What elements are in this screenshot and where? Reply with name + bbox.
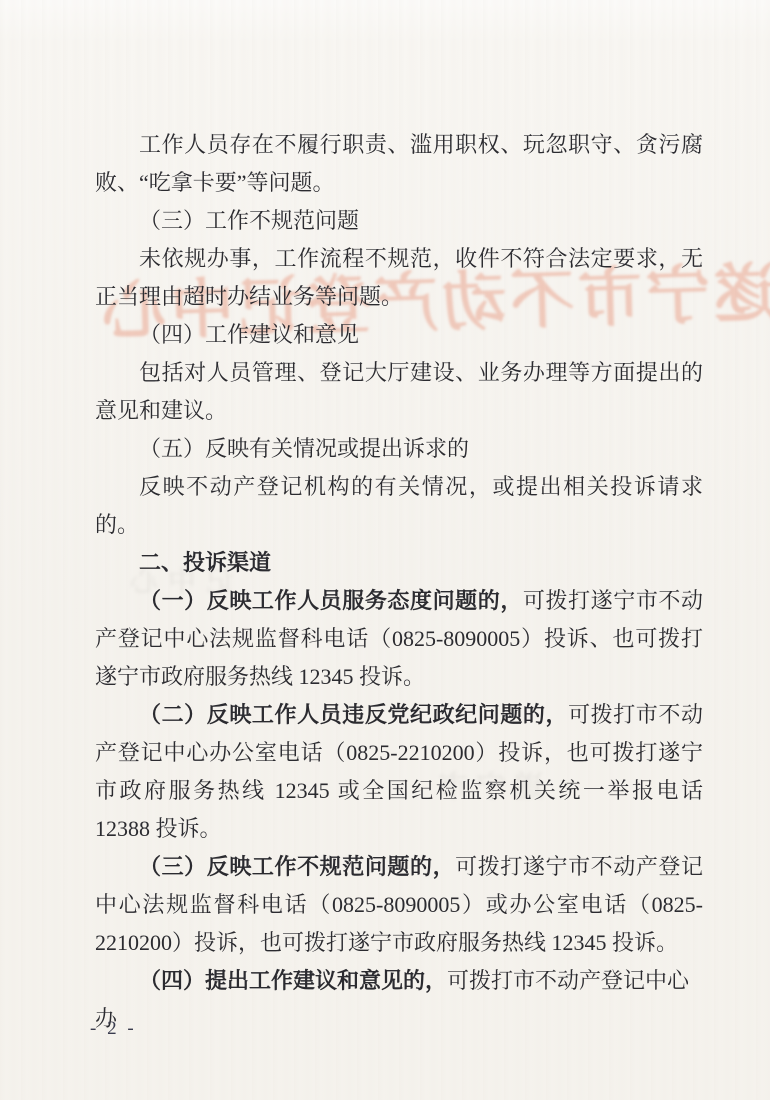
paragraph: 包括对人员管理、登记大厅建设、业务办理等方面提出的意见和建议。 [95,354,703,430]
section-heading: 二、投诉渠道 [95,544,703,582]
bold-run: （二）反映工作人员违反党纪政纪问题的， [139,702,568,727]
bold-run: （三）反映工作不规范问题的， [139,854,455,879]
paragraph: 反映不动产登记机构的有关情况，或提出相关投诉请求的。 [95,468,703,544]
paragraph: （二）反映工作人员违反党纪政纪问题的，可拨打市不动产登记中心办公室电话（0825… [95,696,703,848]
bold-run: （一）反映工作人员服务态度问题的， [139,588,523,613]
text-run: （五）反映有关情况或提出诉求的 [139,436,469,461]
document-body: 工作人员存在不履行职责、滥用职权、玩忽职守、贪污腐败、“吃拿卡要”等问题。（三）… [95,126,703,1038]
text-run: 工作人员存在不履行职责、滥用职权、玩忽职守、贪污腐败、“吃拿卡要”等问题。 [95,132,703,195]
bold-run: （四）提出工作建议和意见的， [139,968,447,993]
paragraph: （三）工作不规范问题 [95,202,703,240]
text-run: （四）工作建议和意见 [139,322,359,347]
text-run: （三）工作不规范问题 [139,208,359,233]
text-run: 反映不动产登记机构的有关情况，或提出相关投诉请求的。 [95,474,703,537]
paragraph: 未依规办事，工作流程不规范，收件不符合法定要求，无正当理由超时办结业务等问题。 [95,240,703,316]
page-number: - 2 - [90,1018,137,1040]
paragraph: （四）工作建议和意见 [95,316,703,354]
text-run: 未依规办事，工作流程不规范，收件不符合法定要求，无正当理由超时办结业务等问题。 [95,246,703,309]
paragraph: 工作人员存在不履行职责、滥用职权、玩忽职守、贪污腐败、“吃拿卡要”等问题。 [95,126,703,202]
paragraph: （四）提出工作建议和意见的，可拨打市不动产登记中心办 [95,962,703,1038]
paragraph: （三）反映工作不规范问题的，可拨打遂宁市不动产登记中心法规监督科电话（0825-… [95,848,703,962]
paragraph: （一）反映工作人员服务态度问题的，可拨打遂宁市不动产登记中心法规监督科电话（08… [95,582,703,696]
paragraph: （五）反映有关情况或提出诉求的 [95,430,703,468]
text-run: 包括对人员管理、登记大厅建设、业务办理等方面提出的意见和建议。 [95,360,703,423]
bold-run: 二、投诉渠道 [139,550,271,575]
